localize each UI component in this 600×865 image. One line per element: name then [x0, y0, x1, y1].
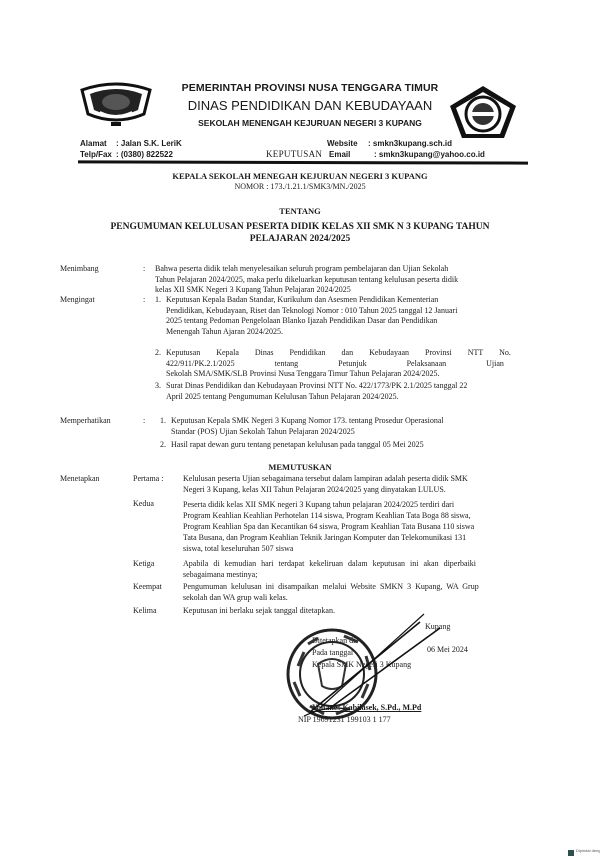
- letterhead-divider: [78, 160, 528, 164]
- text-line: Tahun Pelajaran 2024/2025, maka perlu di…: [155, 275, 535, 286]
- memperhatikan-label: Memperhatikan: [60, 416, 111, 425]
- subject-line-2: PELAJARAN 2024/2025: [60, 234, 540, 244]
- website-value: : smkn3kupang.sch.id: [368, 139, 452, 148]
- decision-keempat: Pengumuman kelulusan ini disampaikan mel…: [183, 582, 539, 603]
- letterhead-government: PEMERINTAH PROVINSI NUSA TENGGARA TIMUR: [160, 82, 460, 94]
- menimbang-text: Bahwa peserta didik telah menyelesaikan …: [155, 264, 535, 296]
- text-line: Keputusan Kepala Badan Standar, Kurikulu…: [166, 295, 536, 306]
- mengingat-item-2: Keputusan Kepala Dinas Pendidikan dan Ke…: [166, 348, 536, 380]
- school-emblem-icon: [448, 84, 518, 140]
- text-line: Hasil rapat dewan guru tentang penetapan…: [171, 440, 539, 451]
- text-line: sebagaimana mestinya;: [183, 570, 539, 581]
- text-line: 2025 tentang Pedoman Pengelolaan Blanko …: [166, 316, 536, 327]
- text-line: siswa, total keseluruhan 507 siswa: [183, 543, 539, 554]
- website-label: Website: [327, 139, 358, 148]
- text-line: April 2025 tentang Pengumuman Kelulusan …: [166, 392, 538, 403]
- scanner-logo-icon: [568, 850, 574, 856]
- text-line: Kelulusan peserta Ujian sebagaimana ters…: [183, 474, 539, 485]
- memutuskan-heading: MEMUTUSKAN: [60, 462, 540, 472]
- scanner-watermark: Dipindai dengan CamScanner: [568, 848, 594, 857]
- subject-line-1: PENGUMUMAN KELULUSAN PESERTA DIDIK KELAS…: [60, 222, 540, 232]
- phone-value: : (0380) 822522: [116, 150, 173, 159]
- letterhead-agency: DINAS PENDIDIKAN DAN KEBUDAYAAN: [160, 98, 460, 113]
- keputusan-overlay: KEPUTUSAN: [266, 149, 322, 159]
- text-line: Pendidikan, Kebudayaan, Riset dan Teknol…: [166, 306, 536, 317]
- mengingat-item-1: Keputusan Kepala Badan Standar, Kurikulu…: [166, 295, 536, 337]
- decision-label-kelima: Kelima: [133, 606, 157, 615]
- item-number: 1.: [155, 295, 161, 304]
- text-line: Program Keahlian Spa dan Kecantikan 64 s…: [183, 521, 539, 532]
- email-value: : smkn3kupang@yahoo.co.id: [374, 150, 485, 159]
- address-label: Alamat: [80, 139, 107, 148]
- text-line: Negeri 3 Kupang, kelas XII Tahun Pelajar…: [183, 485, 539, 496]
- text-line: Tata Busana, dan Program Keahlian Teknik…: [183, 532, 539, 543]
- decision-label-ketiga: Ketiga: [133, 559, 154, 568]
- text-line: Surat Dinas Pendidikan dan Kebudayaan Pr…: [166, 381, 538, 392]
- text-line: Program Keahlian Keahlian Perhotelan 114…: [183, 510, 539, 521]
- tentang-heading: TENTANG: [60, 206, 540, 216]
- phone-label: Telp/Fax: [80, 150, 112, 159]
- text-line: Apabila di kemudian hari terdapat kekeli…: [183, 559, 539, 570]
- colon: :: [143, 416, 145, 425]
- text-line: sekolah dan WA grup wali kelas.: [183, 593, 539, 604]
- decision-label-pertama: Pertama :: [133, 474, 163, 483]
- scanner-watermark-text: Dipindai dengan CamScanner: [576, 848, 600, 853]
- decision-kedua: Peserta didik kelas XII SMK negeri 3 Kup…: [183, 499, 539, 554]
- text-line: Sekolah SMA/SMK/SLB Provinsi Nusa Tengga…: [166, 369, 536, 380]
- memperhatikan-item-1: Keputusan Kepala SMK Negeri 3 Kupang Nom…: [171, 416, 539, 437]
- item-number: 2.: [160, 440, 166, 449]
- decree-document: PEMERINTAH PROVINSI NUSA TENGGARA TIMUR …: [0, 0, 600, 865]
- issuer-title: KEPALA SEKOLAH MENEGAH KEJURUAN NEGERI 3…: [60, 171, 540, 181]
- text-line: Menengah Tahun Ajaran 2024/2025.: [166, 327, 536, 338]
- signer-nip: NIP 19691231 199103 1 177: [298, 715, 391, 724]
- decision-pertama: Kelulusan peserta Ujian sebagaimana ters…: [183, 474, 539, 495]
- text-line: 422/911/PK.2.1/2025 tentang Petunjuk Pel…: [166, 359, 536, 370]
- signer-name: Yohanes Kabilasek, S.Pd., M.Pd: [312, 703, 421, 712]
- mengingat-item-3: Surat Dinas Pendidikan dan Kebudayaan Pr…: [166, 381, 538, 402]
- decision-ketiga: Apabila di kemudian hari terdapat kekeli…: [183, 559, 539, 580]
- text-line: Standar (POS) Ujian Sekolah Tahun Pelaja…: [171, 427, 539, 438]
- memperhatikan-item-2: Hasil rapat dewan guru tentang penetapan…: [171, 440, 539, 451]
- text-line: Keputusan Kepala Dinas Pendidikan dan Ke…: [166, 348, 536, 359]
- decision-label-keempat: Keempat: [133, 582, 162, 591]
- address-value: : Jalan S.K. LeriK: [116, 139, 182, 148]
- menimbang-label: Menimbang: [60, 264, 99, 273]
- text-line: Keputusan Kepala SMK Negeri 3 Kupang Nom…: [171, 416, 539, 427]
- email-label: Email: [329, 150, 350, 159]
- provincial-emblem-icon: [78, 80, 154, 128]
- text-line: Peserta didik kelas XII SMK negeri 3 Kup…: [183, 499, 539, 510]
- colon: :: [143, 264, 145, 273]
- colon: :: [143, 295, 145, 304]
- text-line: Bahwa peserta didik telah menyelesaikan …: [155, 264, 535, 275]
- text-line: Pengumuman kelulusan ini disampaikan mel…: [183, 582, 539, 593]
- item-number: 1.: [160, 416, 166, 425]
- item-number: 3.: [155, 381, 161, 390]
- mengingat-label: Mengingat: [60, 295, 95, 304]
- decision-label-kedua: Kedua: [133, 499, 154, 508]
- item-number: 2.: [155, 348, 161, 357]
- menetapkan-label: Menetapkan: [60, 474, 100, 483]
- letterhead-school: SEKOLAH MENENGAH KEJURUAN NEGERI 3 KUPAN…: [160, 118, 460, 128]
- decree-number: NOMOR : 173./1.21.1/SMK3/MN./2025: [60, 182, 540, 191]
